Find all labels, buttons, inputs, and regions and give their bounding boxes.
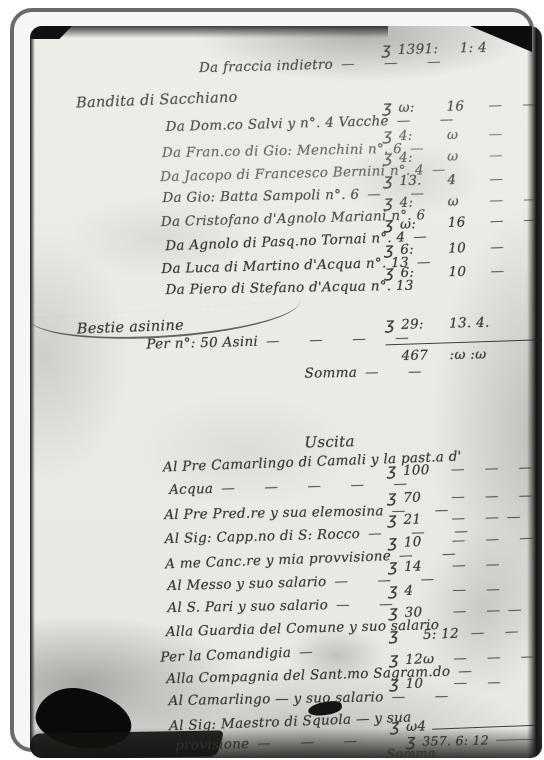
amount-group: ʒ5: 12— —	[389, 620, 527, 644]
amount-lire: 5: 12	[405, 625, 472, 643]
lira-symbol: ʒ	[406, 731, 422, 750]
trail-dashes: —	[490, 263, 512, 279]
lira-symbol: ʒ	[384, 214, 401, 234]
amount-lire: 4	[404, 582, 452, 599]
amount-soldi: 10	[448, 263, 490, 280]
amount-group: ʒ6:10—	[384, 260, 512, 281]
amount-lire: 4:	[399, 149, 447, 166]
trail-dashes: —	[489, 147, 511, 164]
amount-lire: 13.	[399, 172, 447, 189]
lira-symbol: ʒ	[388, 580, 404, 599]
amount-group: ʒ1391:1: 4	[382, 36, 502, 58]
somma-label: Somma	[66, 365, 357, 386]
amount-group: ʒ4:ω—	[383, 144, 511, 166]
trail-dashes: — — —	[453, 648, 542, 666]
lira-symbol: ʒ	[388, 602, 404, 621]
amount-group: ʒ6:10—	[384, 236, 512, 258]
trail-dashes: — —	[453, 674, 509, 691]
amount-lire: 10	[404, 533, 453, 551]
amount-group: ʒ10— —	[389, 671, 509, 692]
scan-border-frame: Da fraccia indietro— — — ʒ1391:1: 4 Band…	[10, 8, 534, 752]
lira-symbol: ʒ	[383, 170, 399, 189]
amount-group: ʒ70— — —	[387, 485, 540, 507]
lira-symbol: ʒ	[387, 460, 403, 479]
amount-soldi: ω	[447, 148, 489, 165]
trail-dashes: — — —	[451, 530, 541, 549]
lira-symbol: ʒ	[383, 192, 399, 211]
amount-lire: ω:	[398, 99, 446, 116]
amount-soldi: 13. 4.	[449, 315, 491, 332]
amount-lire: 29:	[401, 316, 449, 333]
trail-dashes: —	[489, 126, 511, 142]
amount-lire: 14	[404, 558, 452, 575]
lira-symbol: ʒ	[384, 239, 400, 258]
amount-group: ʒ4— —	[388, 578, 508, 599]
lira-symbol: ʒ	[387, 532, 404, 552]
amount-soldi: 10	[448, 240, 490, 257]
amount-lire: 30	[404, 604, 452, 621]
amount-group: ʒω:16— —	[382, 93, 542, 116]
amount-group: ʒ12ω— — —	[389, 645, 542, 668]
lira-symbol: ʒ	[389, 625, 406, 645]
trail-dashes: — — —	[451, 488, 540, 506]
lira-symbol: ʒ	[382, 39, 398, 58]
amount-lire: 1391:	[398, 41, 446, 58]
amount-lire: 4:	[399, 194, 447, 211]
lira-symbol: ʒ	[385, 314, 401, 333]
amount-soldi: 1: 4	[446, 39, 502, 56]
amount-soldi: 4	[447, 171, 489, 188]
lira-symbol: ʒ	[384, 262, 400, 281]
amount-group: ʒ4:ω— —	[383, 188, 542, 211]
handwritten-content: Da fraccia indietro— — — ʒ1391:1: 4 Band…	[30, 26, 542, 758]
lira-symbol: ʒ	[387, 487, 403, 506]
amount-lire: 467	[401, 347, 449, 364]
amount-group: ʒ13.4—	[383, 168, 511, 189]
lira-symbol: ʒ	[389, 649, 405, 668]
trail-dashes: — —	[490, 211, 542, 229]
amount-group: 467:ω :ω	[385, 346, 491, 364]
amount-lire: 6:	[400, 264, 448, 281]
amount-lire: 6:	[400, 241, 448, 258]
trail-dashes: —	[490, 239, 512, 256]
amount-soldi: ω	[447, 193, 489, 210]
amount-lire: ω:	[400, 215, 449, 233]
amount-lire: 100	[403, 462, 451, 479]
amount-group: ʒ30— ——	[388, 599, 529, 622]
trail-dashes: — —	[452, 581, 508, 598]
lira-symbol: ʒ	[383, 125, 399, 144]
amount-lire: 70	[403, 489, 451, 506]
trail-dashes: — —	[471, 623, 527, 641]
amount-lire: 10	[405, 675, 453, 692]
trail-dashes: — —	[489, 191, 542, 208]
amount-soldi: ω	[447, 126, 489, 143]
amount-group: ʒ14— —	[388, 553, 508, 575]
trail-dashes: —	[489, 171, 511, 187]
amount-group: ʒ29:13. 4.	[385, 312, 491, 334]
lira-symbol: ʒ	[382, 97, 398, 116]
amount-lire: 12ω	[405, 651, 453, 668]
trail-dashes: — — —	[451, 459, 540, 477]
manuscript-page: Da fraccia indietro— — — ʒ1391:1: 4 Band…	[30, 26, 542, 758]
trail-dashes: — ——	[452, 602, 529, 620]
amount-lire: 21	[403, 511, 451, 528]
trail-dashes: — —	[488, 96, 542, 113]
filler-dashes: — —	[357, 363, 429, 380]
lira-symbol: ʒ	[389, 673, 405, 692]
amount-total: 357. 6: 12	[422, 732, 489, 748]
amount-group: ʒ4:ω—	[383, 123, 511, 144]
amount-group: ʒ100— — —	[387, 456, 541, 479]
amount-soldi: :ω :ω	[449, 346, 491, 363]
trail-dashes: — —	[452, 556, 508, 573]
amount-soldi: 16	[448, 213, 491, 231]
lira-symbol: ʒ	[383, 147, 399, 166]
amount-lire: 4:	[399, 127, 447, 144]
amount-group: ʒ357. 6: 12	[406, 729, 489, 749]
lira-symbol: ʒ	[387, 509, 403, 528]
amount-soldi: 16	[446, 98, 488, 115]
somma-label: Somma	[69, 745, 436, 758]
lira-symbol: ʒ	[388, 556, 404, 575]
trail-dashes: — ——	[451, 509, 528, 527]
amount-group: ʒ21— ——	[387, 506, 528, 529]
